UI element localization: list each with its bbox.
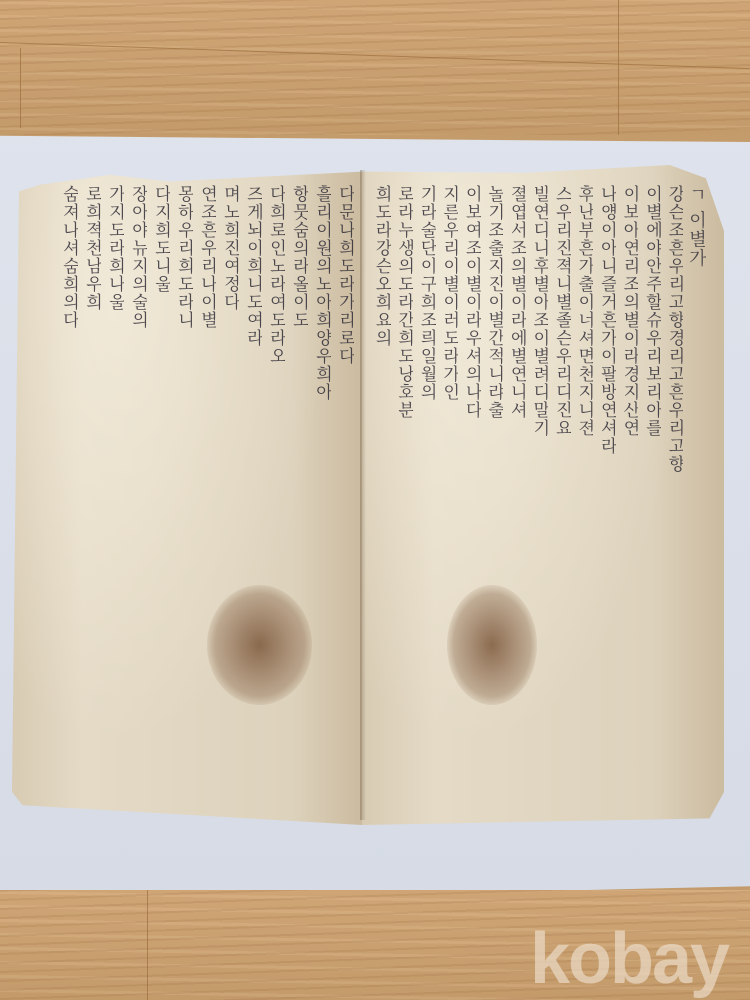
left-page: 다문나희도라가리로다 흘리이원의노아희양우희아 항뭇숨의라올이도 다희로인노라여… xyxy=(12,165,362,825)
text-column: 지른우리이별이러도라가인 xyxy=(440,185,459,795)
text-column: 스우리진젹니별졸슨우리디진요 xyxy=(552,185,571,795)
kobay-watermark: kobay xyxy=(530,918,728,1000)
text-column: 이보아연리조의별이라경지산연 xyxy=(620,185,639,795)
text-column: 몽하우리희도라니 xyxy=(174,185,193,795)
text-column: 즈게뇌이희니도여라 xyxy=(243,185,262,795)
text-column: 후난부흔가출이너셔면천지니젼 xyxy=(575,185,594,795)
title-prefix: ㄱ xyxy=(687,185,706,204)
text-column: 다문나희도라가리로다 xyxy=(335,185,354,795)
right-page: ㄱ 이별가 강슨조흔우리고향경리고흔우리고향 이별에야안주할슈우리보리아를 이보… xyxy=(362,165,724,825)
text-column: 항뭇숨의라올이도 xyxy=(289,185,308,795)
text-column: 희도라강슨오희요의 xyxy=(372,185,391,795)
text-column: 이보여조이별이라우셔의나다 xyxy=(462,185,481,795)
text-column: 이별에야안주할슈우리보리아를 xyxy=(642,185,661,795)
manuscript-book: 다문나희도라가리로다 흘리이원의노아희양우희아 항뭇숨의라올이도 다희로인노라여… xyxy=(12,165,727,825)
text-column: 흘리이원의노아희양우희아 xyxy=(312,185,331,795)
text-column: 다희로인노라여도라오 xyxy=(266,185,285,795)
text-column: 놀기조출지진이별간적니랴출 xyxy=(485,185,504,795)
text-column: 로희젹천남우희 xyxy=(82,185,101,795)
text-column: 로라누생의도라간희도낭호분 xyxy=(395,185,414,795)
text-column: 기라술단이구희조릐일월의 xyxy=(417,185,436,795)
text-column: 장아야뉴지의술의 xyxy=(128,185,147,795)
text-column: 연조흔우리나이별 xyxy=(197,185,216,795)
text-column: 숨져나셔숨희의다 xyxy=(59,185,78,795)
manuscript-title: ㄱ 이별가 xyxy=(687,185,706,795)
right-page-text: ㄱ 이별가 강슨조흔우리고향경리고흔우리고향 이별에야안주할슈우리보리아를 이보… xyxy=(372,185,706,795)
text-column: 며노희진여정다 xyxy=(220,185,239,795)
book-spine xyxy=(360,170,366,820)
text-column: 강슨조흔우리고향경리고흔우리고향 xyxy=(665,185,684,795)
text-column: 다지희도니울 xyxy=(151,185,170,795)
text-column: 빌연디니후별아조이별려디말기 xyxy=(530,185,549,795)
text-column: 졀엽서조의별이라에별연니셔 xyxy=(507,185,526,795)
text-column: 나얭이아니즐거흔가이팔방연셔라 xyxy=(597,185,616,795)
title-text: 이별가 xyxy=(687,211,706,268)
text-column: 가지도라희나울 xyxy=(105,185,124,795)
left-page-text: 다문나희도라가리로다 흘리이원의노아희양우희아 항뭇숨의라올이도 다희로인노라여… xyxy=(37,185,354,795)
wooden-floor-top xyxy=(0,0,750,135)
